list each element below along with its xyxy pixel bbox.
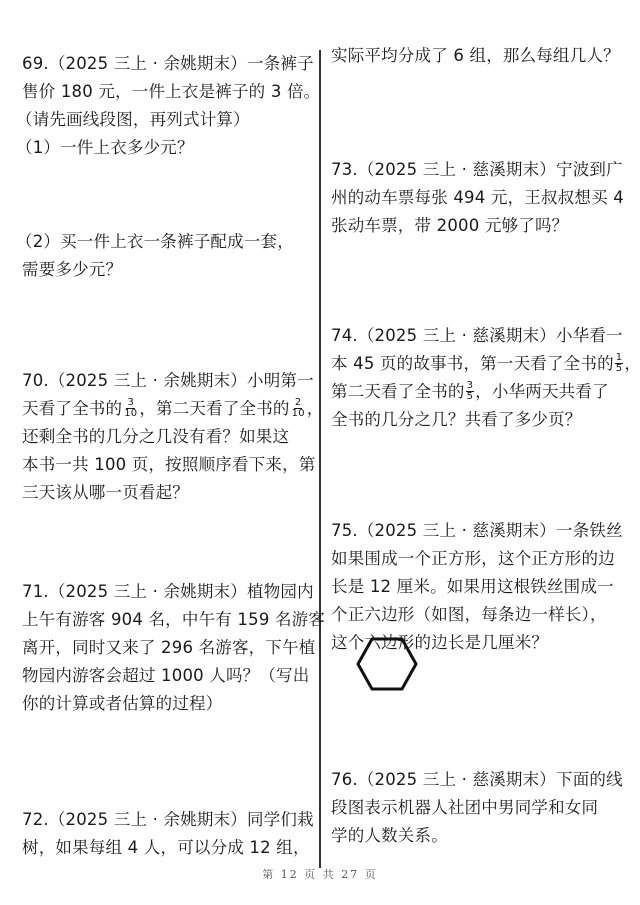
question-73-line: 73.（2025 三上 · 慈溪期末）宁波到广	[331, 156, 624, 184]
denominator: 5	[615, 364, 624, 374]
question-72-line: 72.（2025 三上 · 余姚期末）同学们栽	[22, 806, 314, 834]
text: ，	[307, 399, 324, 418]
question-69-line: （请先画线段图，再列式计算）	[16, 106, 320, 134]
question-70-line: 三天该从哪一页看起？	[22, 479, 323, 507]
fraction-2-10: 210	[291, 398, 306, 419]
question-75-line: 如果围成一个正方形，这个正方形的边	[331, 545, 623, 573]
question-71: 71.（2025 三上 · 余姚期末）植物园内 上午有游客 904 名，中午有 …	[22, 578, 325, 718]
question-69: 69.（2025 三上 · 余姚期末）一条裤子 售价 180 元，一件上衣是裤子…	[22, 50, 320, 162]
question-70-line: 本书一共 100 页，按照顺序看下来，第	[22, 451, 323, 479]
question-70-line: 天看了全书的310，第二天看了全书的210，	[22, 395, 323, 423]
question-69-part2-line: 需要多少元？	[22, 256, 294, 284]
fraction-3-5: 35	[466, 381, 475, 402]
question-74-line: 全书的几分之几？共看了多少页？	[331, 406, 640, 434]
question-76-line: 学的人数关系。	[331, 822, 623, 850]
question-72-line: 树，如果每组 4 人，可以分成 12 组，	[22, 834, 314, 862]
hexagon-icon	[355, 636, 419, 692]
question-70: 70.（2025 三上 · 余姚期末）小明第一 天看了全书的310，第二天看了全…	[22, 367, 323, 507]
question-73-line: 州的动车票每张 494 元，王叔叔想买 4	[331, 184, 624, 212]
text: 第二天看了全书的	[331, 382, 465, 401]
question-76: 76.（2025 三上 · 慈溪期末）下面的线 段图表示机器人社团中男同学和女同…	[331, 766, 623, 850]
question-72-continued-line: 实际平均分成了 6 组，那么每组几人？	[331, 42, 620, 70]
fraction-3-10: 310	[123, 398, 138, 419]
question-74-line: 本 45 页的故事书，第一天看了全书的15，	[331, 350, 640, 378]
question-72-continued: 实际平均分成了 6 组，那么每组几人？	[331, 42, 620, 70]
question-74-line: 74.（2025 三上 · 慈溪期末）小华看一	[331, 322, 640, 350]
question-75-line: 75.（2025 三上 · 慈溪期末）一条铁丝	[331, 517, 623, 545]
question-71-line: 物园内游客会超过 1000 人吗？（写出	[22, 662, 325, 690]
question-74-line: 第二天看了全书的35，小华两天共看了	[331, 378, 640, 406]
question-69-line: （1）一件上衣多少元？	[16, 134, 320, 162]
question-69-line: 售价 180 元，一件上衣是裤子的 3 倍。	[22, 78, 320, 106]
question-71-line: 71.（2025 三上 · 余姚期末）植物园内	[22, 578, 325, 606]
question-75-line: 个正六边形（如图，每条边一样长），	[331, 601, 623, 629]
question-74: 74.（2025 三上 · 慈溪期末）小华看一 本 45 页的故事书，第一天看了…	[331, 322, 640, 434]
question-71-line: 离开，同时又来了 296 名游客，下午植	[22, 634, 325, 662]
denominator: 10	[123, 409, 138, 419]
question-72: 72.（2025 三上 · 余姚期末）同学们栽 树，如果每组 4 人，可以分成 …	[22, 806, 314, 862]
question-70-line: 还剩全书的几分之几没有看？如果这	[22, 423, 323, 451]
question-69-line: 69.（2025 三上 · 余姚期末）一条裤子	[22, 50, 320, 78]
question-73-line: 张动车票，带 2000 元够了吗？	[331, 212, 624, 240]
question-76-line: 76.（2025 三上 · 慈溪期末）下面的线	[331, 766, 623, 794]
question-75-line: 长是 12 厘米。如果用这根铁丝围成一	[331, 573, 623, 601]
fraction-1-5: 15	[615, 353, 624, 374]
page-number-footer: 第 12 页 共 27 页	[0, 866, 640, 882]
text: ，小华两天共看了	[475, 382, 609, 401]
text: 本 45 页的故事书，第一天看了全书的	[331, 354, 614, 373]
denominator: 5	[466, 392, 475, 402]
question-69-part2: （2）买一件上衣一条裤子配成一套， 需要多少元？	[22, 228, 294, 284]
text: ，第二天看了全书的	[139, 399, 289, 418]
question-76-line: 段图表示机器人社团中男同学和女同	[331, 794, 623, 822]
question-71-line: 你的计算或者估算的过程）	[22, 690, 325, 718]
question-70-line: 70.（2025 三上 · 余姚期末）小明第一	[22, 367, 323, 395]
question-69-part2-line: （2）买一件上衣一条裤子配成一套，	[16, 228, 294, 256]
text: 天看了全书的	[22, 399, 122, 418]
text: ，	[624, 354, 640, 373]
question-71-line: 上午有游客 904 名，中午有 159 名游客	[22, 606, 325, 634]
question-73: 73.（2025 三上 · 慈溪期末）宁波到广 州的动车票每张 494 元，王叔…	[331, 156, 624, 240]
denominator: 10	[291, 409, 306, 419]
